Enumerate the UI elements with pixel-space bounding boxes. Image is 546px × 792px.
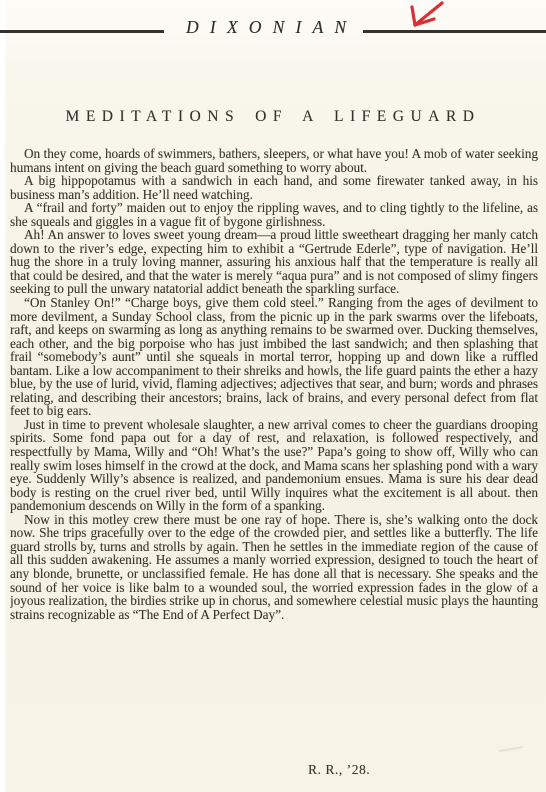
body-paragraph-4: Ah! An answer to loves sweet young dream… bbox=[10, 228, 538, 296]
article-title: MEDITATIONS OF A LIFEGUARD bbox=[0, 108, 546, 126]
masthead-rule-left bbox=[0, 30, 164, 33]
body-paragraph-6: Just in time to prevent wholesale slaugh… bbox=[10, 418, 538, 513]
body-paragraph-5: “On Stanley On!” “Charge boys, give them… bbox=[10, 296, 538, 418]
scan-smudge bbox=[499, 746, 525, 764]
body-paragraph-3: A “frail and forty” maiden out to enjoy … bbox=[10, 201, 538, 228]
red-arrow-annotation-icon bbox=[398, 0, 446, 30]
article-body: On they come, hoards of swimmers, bather… bbox=[10, 147, 538, 759]
body-paragraph-7: Now in this motley crew there must be on… bbox=[10, 513, 538, 621]
body-paragraph-2: A big hippopotamus with a sandwich in ea… bbox=[10, 174, 538, 201]
author-signature: R. R., ’28. bbox=[308, 762, 370, 778]
masthead: DIXONIAN bbox=[0, 18, 546, 44]
masthead-rule-right bbox=[363, 30, 546, 33]
masthead-title: DIXONIAN bbox=[164, 17, 363, 38]
magazine-page: DIXONIAN MEDITATIONS OF A LIFEGUARD On t… bbox=[0, 0, 546, 792]
body-paragraph-1: On they come, hoards of swimmers, bather… bbox=[10, 147, 538, 174]
